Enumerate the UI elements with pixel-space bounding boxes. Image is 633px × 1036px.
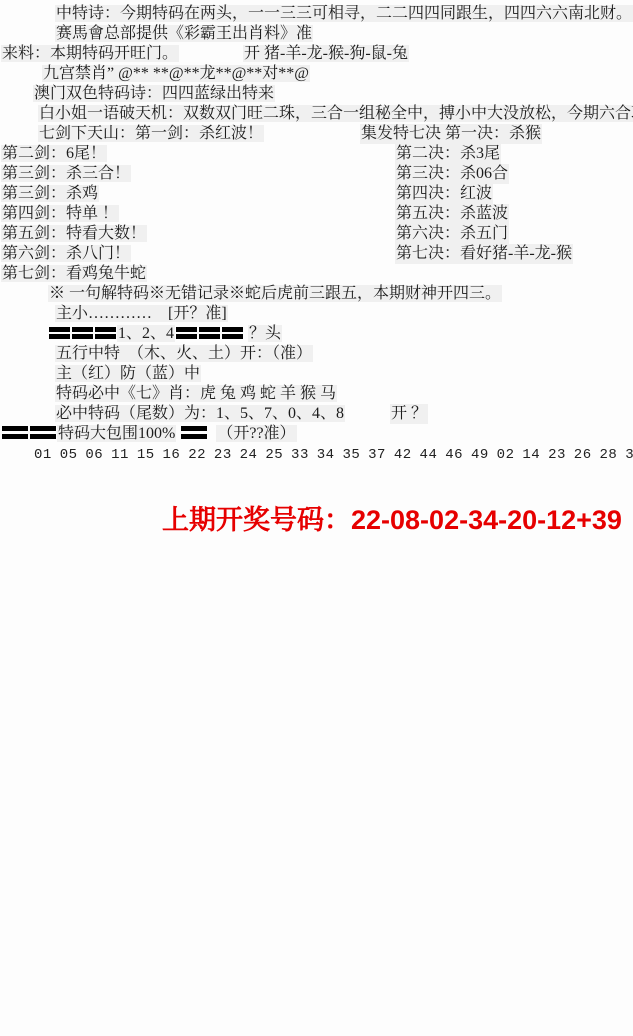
sword-item: 第五剑：特看大数！ [1, 225, 147, 242]
jue-item: 第五决：杀蓝波 [395, 204, 509, 224]
lailiao-label: 来料：本期特码开旺门。 [1, 45, 179, 62]
sword-jue-row: 第四剑：特单 ！ 第五决：杀蓝波 [0, 204, 633, 224]
number-coverage-row: 01 05 06 11 15 16 22 23 24 25 33 34 35 3… [0, 444, 633, 466]
qixiao-text: 特码必中《七》肖：虎 兔 鸡 蛇 羊 猴 马 [55, 385, 337, 402]
sword-item: 第三剑：杀三合！ [1, 165, 131, 182]
double-bar-icon [176, 327, 197, 339]
jue-title: 集发特七决 第一决：杀猴 [360, 124, 542, 144]
jue-item: 第二决：杀3尾 [395, 144, 501, 164]
double-bar-icon [222, 327, 243, 339]
lailiao-line: 来料：本期特码开旺门。开 猪-羊-龙-猴-狗-鼠-兔 [0, 44, 633, 64]
aomen-text: 澳门双色特码诗：四四蓝绿出特来 [33, 85, 275, 102]
weishu-line: 必中特码（尾数）为：1、5、7、0、4、8 开 ？ [0, 404, 633, 424]
jockey-club-line: 赛馬會总部提供《彩霸王出肖料》准 [0, 24, 633, 44]
swords-title: 七剑下天山：第一剑：杀红波！ [38, 125, 264, 142]
sword-item: 第三剑：杀鸡 [1, 185, 99, 202]
baowei-note: （开??准） [216, 425, 296, 442]
bars-numbers: 1、2、4 [117, 325, 175, 342]
jockey-club-text: 赛馬會总部提供《彩霸王出肖料》准 [55, 25, 313, 42]
zhuxiao-line: 主小………… [开？准] [0, 304, 633, 324]
baowei-label: 特码大包围100% [57, 425, 176, 442]
double-bar-icon [95, 327, 116, 339]
jiugong-text: 九宫禁肖” @** **@**龙**@**对**@ [42, 65, 310, 82]
jiete-line: ※ 一句解特码※无错记录※蛇后虎前三跟五，本期财神开四三。 [0, 284, 633, 304]
baixiaojie-text: 白小姐一语破天机：双数双门旺二珠，三合一组秘全中，搏小中大没放松，今期六合取双双 [38, 105, 633, 122]
sword-jue-row: 第二剑：6尾！ 第二决：杀3尾 [0, 144, 633, 164]
jue-item: 第六决：杀五门 [395, 224, 509, 244]
tip-sheet: 中特诗：今期特码在两头，一一三三可相寻，二二四四同跟生，四四六六南北财。 赛馬會… [0, 0, 633, 537]
baowei-line: 特码大包围100% （开??准） [0, 424, 633, 444]
sword-item: 第七剑：看鸡兔牛蛇 [1, 265, 147, 282]
sword-item: 第四剑：特单 ！ [1, 205, 119, 222]
sword-jue-row: 第六剑：杀八门！ 第七决：看好猪-羊-龙-猴 [0, 244, 633, 264]
weishu-open: 开 ？ [390, 404, 428, 424]
jue-item: 第四决：红波 [395, 184, 493, 204]
aomen-line: 澳门双色特码诗：四四蓝绿出特来 [0, 84, 633, 104]
lottery-tip-sheet: { "doc": { "poem_line": "中特诗：今期特码在两头，一一三… [0, 0, 633, 1036]
jue-item: 第七决：看好猪-羊-龙-猴 [395, 244, 573, 264]
zhufang-line: 主（红）防（蓝）中 [0, 364, 633, 384]
jiugong-line: 九宫禁肖” @** **@**龙**@**对**@ [0, 64, 633, 84]
sword-jue-row: 第五剑：特看大数！ 第六决：杀五门 [0, 224, 633, 244]
sword-item: 第二剑：6尾！ [1, 145, 107, 162]
sword-row: 第七剑：看鸡兔牛蛇 [0, 264, 633, 284]
swords-jue-title-row: 七剑下天山：第一剑：杀红波！ 集发特七决 第一决：杀猴 [0, 124, 633, 144]
previous-draw-result: 上期开奖号码：22-08-02-34-20-12+39 [0, 498, 633, 537]
double-bar-icon [181, 426, 207, 439]
poem-text: 中特诗：今期特码在两头，一一三三可相寻，二二四四同跟生，四四六六南北财。 [55, 5, 633, 22]
double-bar-icon [30, 426, 56, 439]
baixiaojie-line: 白小姐一语破天机：双数双门旺二珠，三合一组秘全中，搏小中大没放松，今期六合取双双 [0, 104, 633, 124]
zhufang-text: 主（红）防（蓝）中 [55, 365, 201, 382]
sword-jue-row: 第三剑：杀三合！ 第三决：杀06合 [0, 164, 633, 184]
wuxing-line: 五行中特 （木、火、土）开：（准） [0, 344, 633, 364]
jue-item: 第三决：杀06合 [395, 164, 509, 184]
double-bar-icon [72, 327, 93, 339]
sword-jue-row: 第三剑：杀鸡 第四决：红波 [0, 184, 633, 204]
wuxing-text: 五行中特 （木、火、土）开：（准） [55, 345, 313, 362]
sword-item: 第六剑：杀八门！ [1, 245, 131, 262]
bars-suffix: ？头 [248, 325, 282, 342]
bars-line: 1、2、4 ？头 [0, 324, 633, 344]
zhuxiao-text: 主小………… [开？准] [55, 305, 228, 322]
jiete-text: ※ 一句解特码※无错记录※蛇后虎前三跟五，本期财神开四三。 [48, 285, 502, 302]
double-bar-icon [49, 327, 70, 339]
poem-line: 中特诗：今期特码在两头，一一三三可相寻，二二四四同跟生，四四六六南北财。 [0, 4, 633, 24]
qixiao-line: 特码必中《七》肖：虎 兔 鸡 蛇 羊 猴 马 [0, 384, 633, 404]
double-bar-icon [199, 327, 220, 339]
weishu-text: 必中特码（尾数）为：1、5、7、0、4、8 [55, 405, 345, 422]
lailiao-open-animals: 开 猪-羊-龙-猴-狗-鼠-兔 [243, 45, 409, 62]
double-bar-icon [2, 426, 28, 439]
